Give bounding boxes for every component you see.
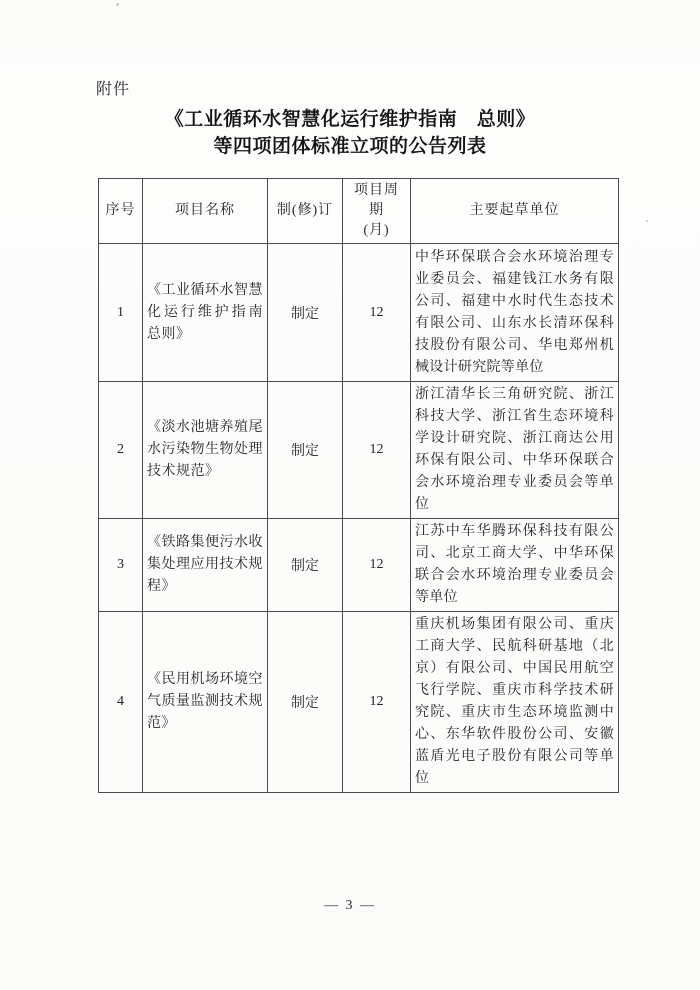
cell-type: 制定: [268, 382, 343, 519]
cell-type: 制定: [268, 244, 343, 382]
cell-type: 制定: [268, 612, 343, 793]
column-header-period-line-1: 项目周期: [354, 183, 399, 218]
cell-type: 制定: [268, 519, 343, 612]
cell-index: 1: [99, 244, 143, 382]
document-title-line-1: 《工业循环水智慧化运行维护指南 总则》: [0, 106, 700, 133]
cell-period: 12: [343, 612, 411, 793]
scan-artifact: [116, 3, 119, 6]
column-header-orgs: 主要起草单位: [411, 179, 619, 244]
cell-project-name: 《民用机场环境空气质量监测技术规范》: [143, 612, 268, 793]
page-number: — 3 —: [0, 898, 700, 914]
column-header-type: 制(修)订: [268, 179, 343, 244]
table-row: 3 《铁路集便污水收集处理应用技术规程》 制定 12 江苏中车华腾环保科技有限公…: [99, 519, 619, 612]
cell-project-name: 《工业循环水智慧化运行维护指南 总则》: [143, 244, 268, 382]
cell-project-name: 《淡水池塘养殖尾水污染物生物处理技术规范》: [143, 382, 268, 519]
cell-index: 3: [99, 519, 143, 612]
table-row: 2 《淡水池塘养殖尾水污染物生物处理技术规范》 制定 12 浙江清华长三角研究院…: [99, 382, 619, 519]
scan-artifact: [646, 220, 648, 222]
column-header-name: 项目名称: [143, 179, 268, 244]
column-header-period: 项目周期 (月): [343, 179, 411, 244]
document-page: 附件 《工业循环水智慧化运行维护指南 总则》 等四项团体标准立项的公告列表 序号…: [0, 0, 700, 990]
cell-period: 12: [343, 382, 411, 519]
table-header-row: 序号 项目名称 制(修)订 项目周期 (月) 主要起草单位: [99, 179, 619, 244]
cell-drafting-orgs: 中华环保联合会水环境治理专业委员会、福建钱江水务有限公司、福建中水时代生态技术有…: [411, 244, 619, 382]
cell-drafting-orgs: 重庆机场集团有限公司、重庆工商大学、民航科研基地（北京）有限公司、中国民用航空飞…: [411, 612, 619, 793]
standards-table: 序号 项目名称 制(修)订 项目周期 (月) 主要起草单位 1 《工业循环水智慧…: [98, 178, 619, 793]
column-header-index: 序号: [99, 179, 143, 244]
cell-drafting-orgs: 江苏中车华腾环保科技有限公司、北京工商大学、中华环保联合会水环境治理专业委员会等…: [411, 519, 619, 612]
attachment-label: 附件: [96, 76, 130, 99]
cell-period: 12: [343, 519, 411, 612]
column-header-period-line-2: (月): [363, 223, 389, 238]
cell-index: 2: [99, 382, 143, 519]
cell-period: 12: [343, 244, 411, 382]
cell-drafting-orgs: 浙江清华长三角研究院、浙江科技大学、浙江省生态环境科学设计研究院、浙江商达公用环…: [411, 382, 619, 519]
table-row: 1 《工业循环水智慧化运行维护指南 总则》 制定 12 中华环保联合会水环境治理…: [99, 244, 619, 382]
cell-project-name: 《铁路集便污水收集处理应用技术规程》: [143, 519, 268, 612]
table-row: 4 《民用机场环境空气质量监测技术规范》 制定 12 重庆机场集团有限公司、重庆…: [99, 612, 619, 793]
document-title: 《工业循环水智慧化运行维护指南 总则》 等四项团体标准立项的公告列表: [0, 106, 700, 160]
cell-index: 4: [99, 612, 143, 793]
document-title-line-2: 等四项团体标准立项的公告列表: [0, 133, 700, 160]
